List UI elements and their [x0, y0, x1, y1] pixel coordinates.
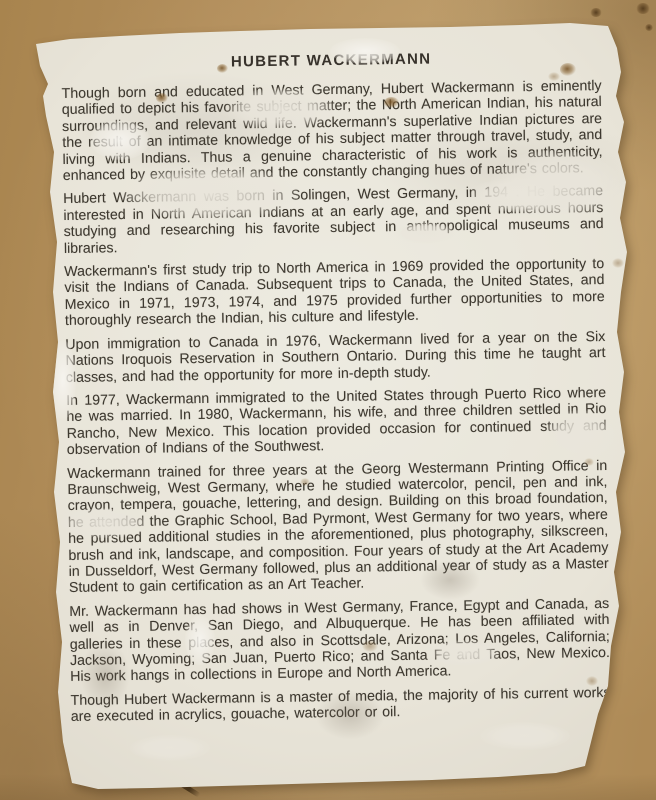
- document-title: HUBERT WACKERMANN: [61, 48, 601, 73]
- paper-surface: HUBERT WACKERMANN Though born and educat…: [0, 0, 656, 800]
- paragraph-birth: Hubert Wackermann was born in Solingen, …: [63, 183, 604, 257]
- fade-patch: [130, 735, 210, 761]
- photo-scene: HUBERT WACKERMANN Though born and educat…: [0, 0, 656, 800]
- paragraph-canada: Upon immigration to Canada in 1976, Wack…: [65, 329, 606, 386]
- paragraph-study-trips: Wackermann's first study trip to North A…: [64, 256, 605, 330]
- stain-mark: [612, 258, 624, 268]
- paragraph-origin: Though born and educated in West Germany…: [61, 78, 602, 184]
- paragraph-media: Though Hubert Wackermann is a master of …: [70, 685, 610, 726]
- paper-sheet: HUBERT WACKERMANN Though born and educat…: [0, 0, 656, 800]
- paragraph-united-states: In 1977, Wackermann immigrated to the Un…: [66, 385, 607, 459]
- paragraph-shows: Mr. Wackermann has had shows in West Ger…: [69, 596, 610, 686]
- biography-text-block: HUBERT WACKERMANN Though born and educat…: [61, 48, 611, 733]
- paragraph-training: Wackermann trained for three years at th…: [67, 457, 609, 596]
